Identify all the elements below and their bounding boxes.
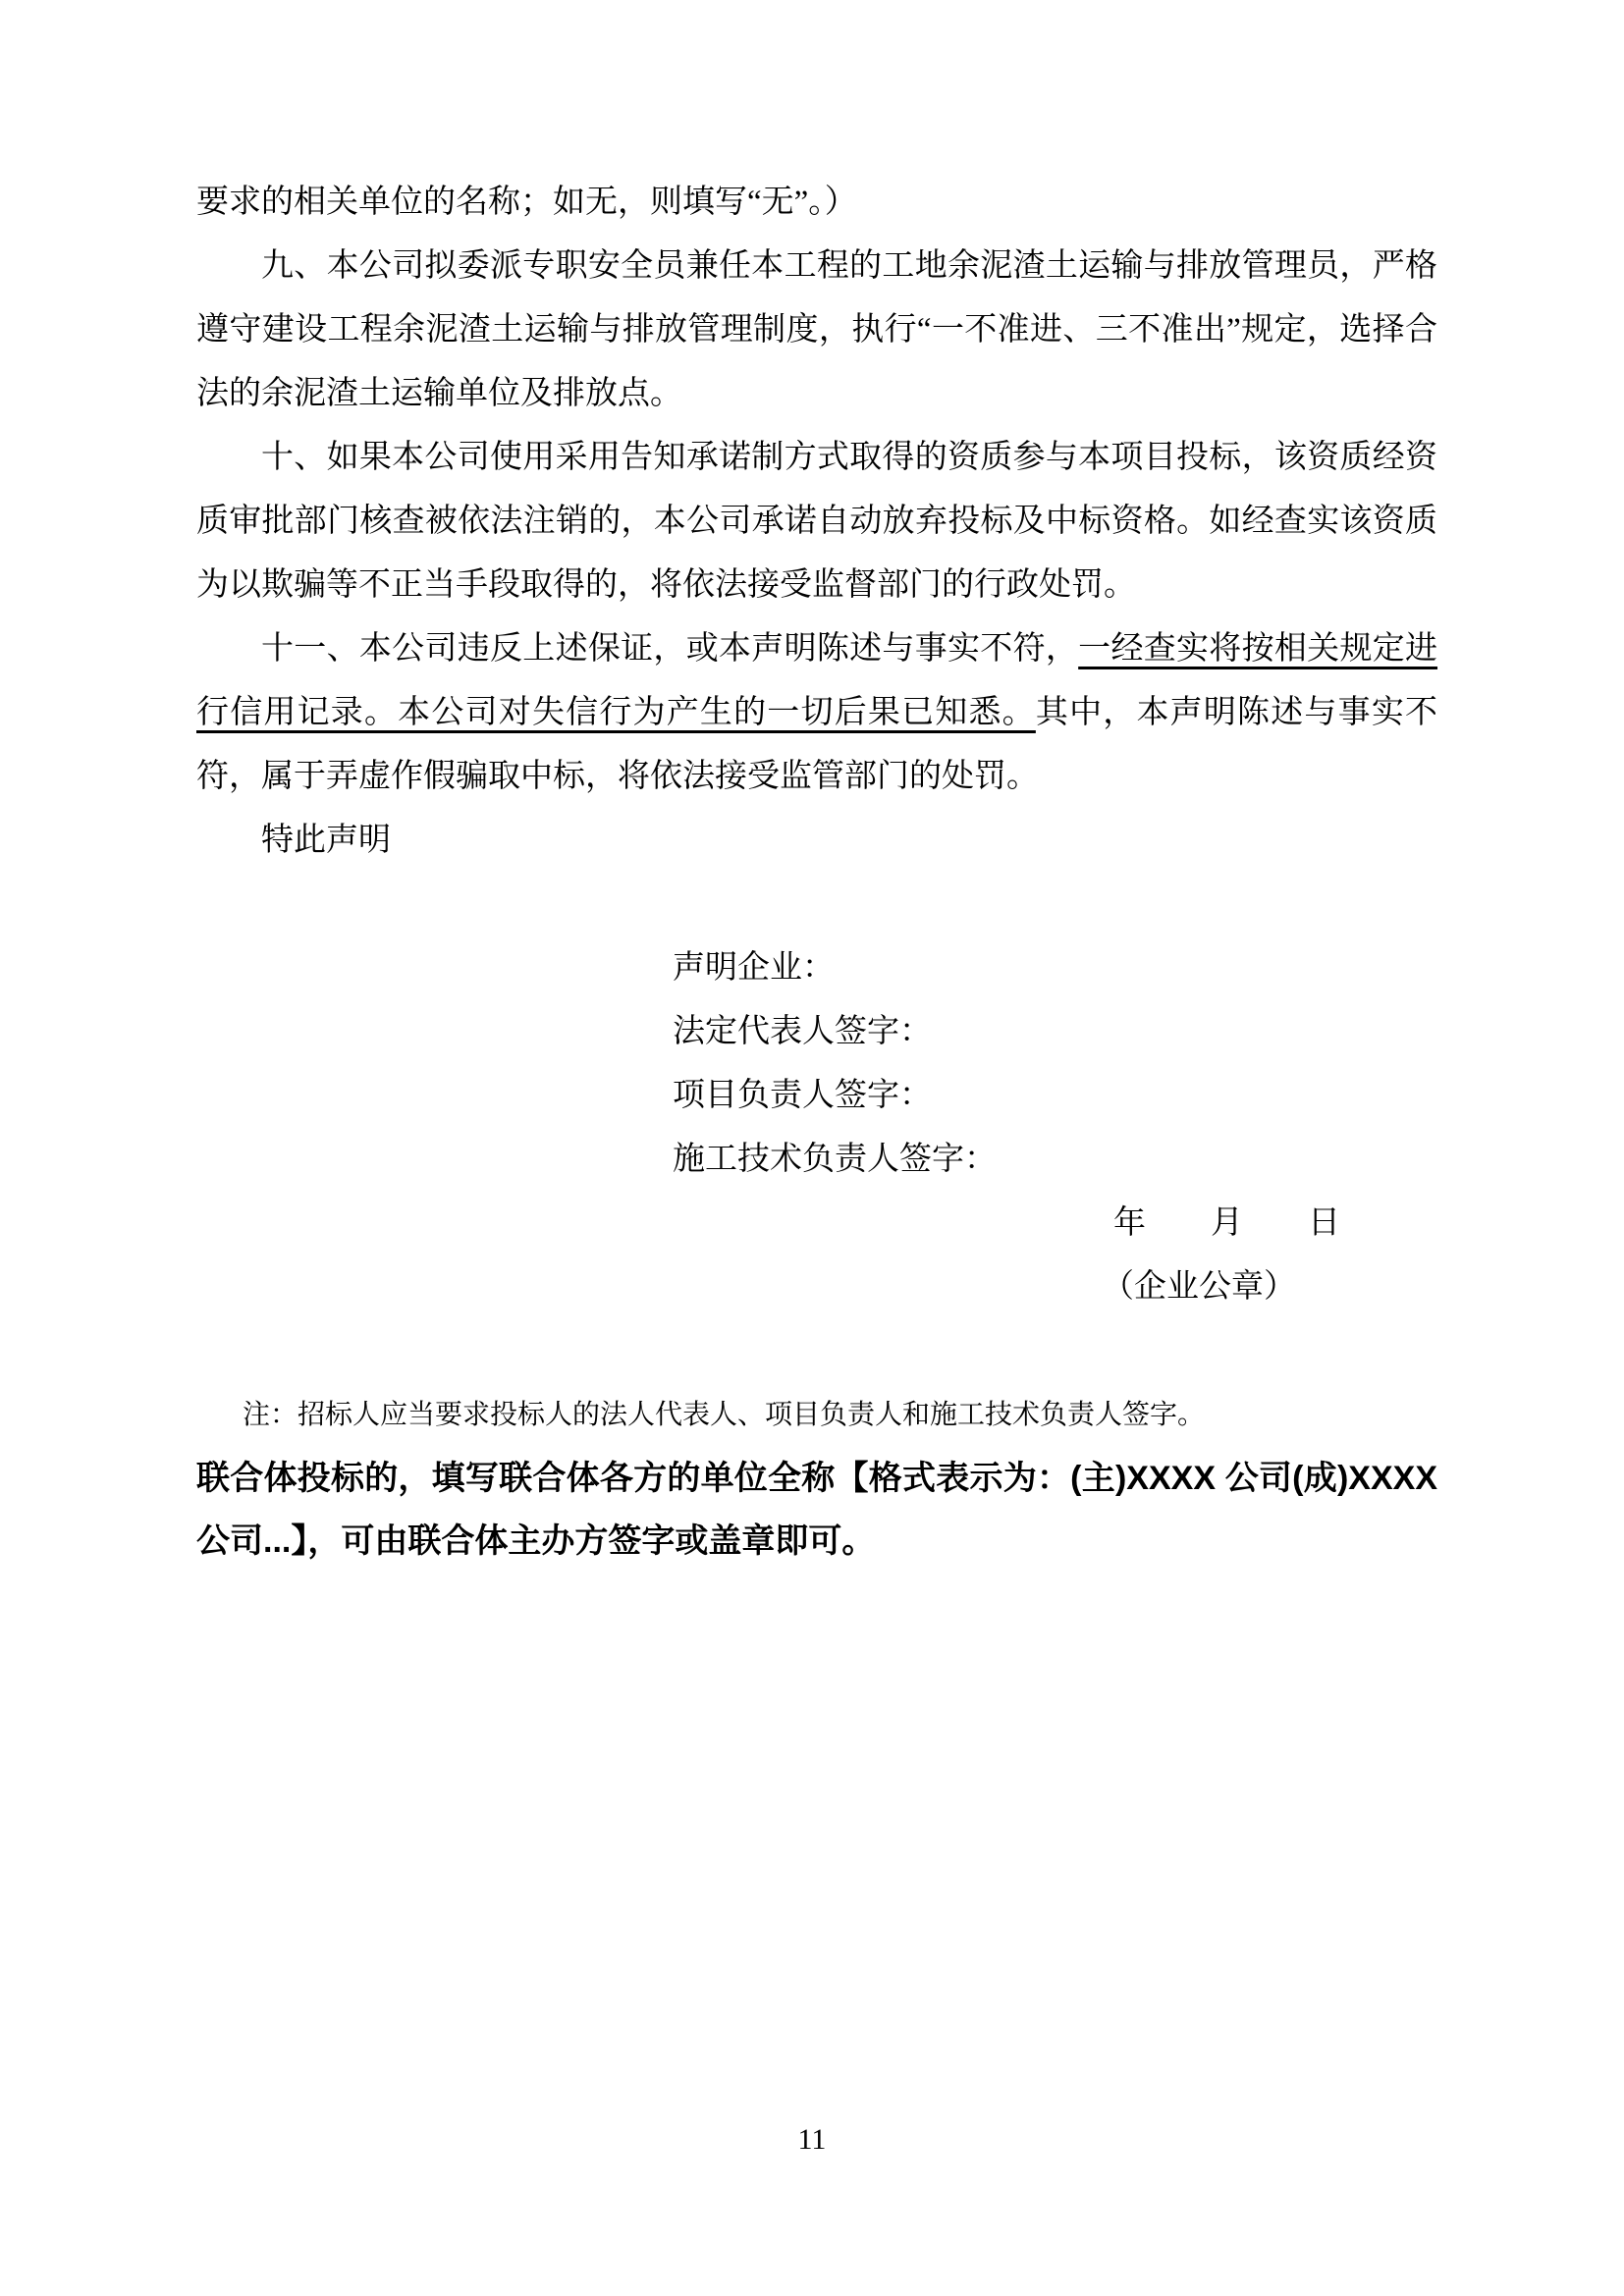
signature-block: 声明企业： 法定代表人签字： 项目负责人签字： 施工技术负责人签字： — [673, 936, 1437, 1192]
page-number: 11 — [0, 2123, 1624, 2157]
signature-line-legal-representative: 法定代表人签字： — [673, 1000, 1437, 1064]
paragraph-item-9: 九、本公司拟委派专职安全员兼任本工程的工地余泥渣土运输与排放管理员，严格遵守建设… — [196, 235, 1437, 426]
item11-text-before: 十一、本公司违反上述保证，或本声明陈述与事实不符， — [261, 631, 1078, 667]
declaration-line: 特此声明 — [196, 809, 1437, 873]
date-line: 年 月 日 — [1102, 1192, 1437, 1255]
paragraph-item-11: 十一、本公司违反上述保证，或本声明陈述与事实不符，一经查实将按相关规定进行信用记… — [196, 617, 1437, 809]
joint-venture-note: 联合体投标的，填写联合体各方的单位全称【格式表示为：(主)XXXX 公司(成)X… — [196, 1447, 1437, 1573]
signature-line-project-manager: 项目负责人签字： — [673, 1064, 1437, 1128]
paragraph-continuation: 要求的相关单位的名称；如无，则填写“无”。） — [196, 171, 1437, 235]
document-content: 要求的相关单位的名称；如无，则填写“无”。） 九、本公司拟委派专职安全员兼任本工… — [196, 171, 1437, 1573]
date-seal-block: 年 月 日 （企业公章） — [1102, 1192, 1437, 1319]
document-page: 要求的相关单位的名称；如无，则填写“无”。） 九、本公司拟委派专职安全员兼任本工… — [0, 0, 1624, 2296]
company-seal-line: （企业公章） — [1102, 1255, 1437, 1319]
blank-line — [196, 1319, 1437, 1383]
signature-line-construction-tech-lead: 施工技术负责人签字： — [673, 1128, 1437, 1192]
reviewer-note-line: 注：招标人应当要求投标人的法人代表人、项目负责人和施工技术负责人签字。 — [196, 1383, 1437, 1447]
paragraph-item-10: 十、如果本公司使用采用告知承诺制方式取得的资质参与本项目投标，该资质经资质审批部… — [196, 426, 1437, 617]
signature-line-company: 声明企业： — [673, 936, 1437, 1000]
blank-line — [196, 873, 1437, 936]
